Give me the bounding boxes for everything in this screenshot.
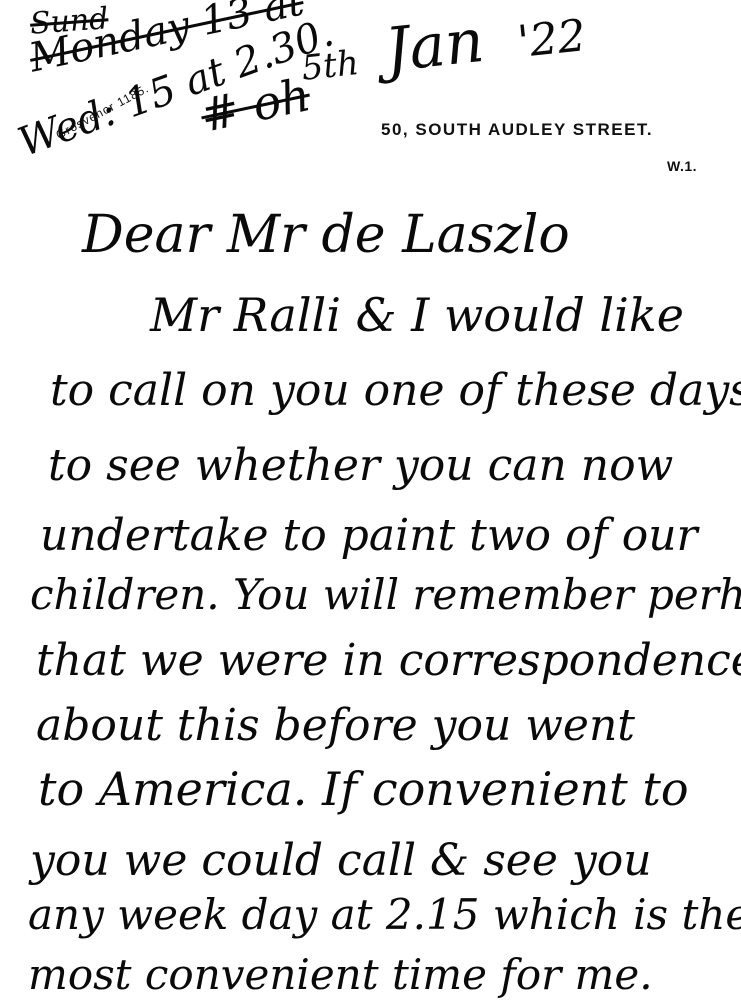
letterhead-address: 50, SOUTH AUDLEY STREET.: [381, 120, 653, 140]
date-month: Jan: [382, 6, 487, 86]
letterhead-postcode: W.1.: [667, 158, 697, 174]
body-line: children. You will remember perhaps: [30, 570, 741, 619]
body-line: that we were in correspondence: [36, 635, 741, 686]
body-line: about this before you went: [36, 700, 741, 751]
body-line: to America. If convenient to: [38, 762, 741, 816]
salutation: Dear Mr de Laszlo: [82, 205, 741, 265]
body-line: any week day at 2.15 which is the: [28, 890, 741, 939]
body-line: you we could call & see you: [30, 835, 741, 886]
body-line: Mr Ralli & I would like: [150, 288, 741, 342]
body-line: to call on you one of these days: [50, 365, 741, 416]
body-line: to see whether you can now: [48, 440, 741, 491]
body-line: most convenient time for me.: [28, 950, 741, 999]
letter-date: 5th Jan '22: [297, 0, 589, 95]
body-line: undertake to paint two of our: [40, 510, 741, 561]
letter-page: Sund Monday 13 at # oh Grosvenor 1185. 5…: [0, 0, 741, 1000]
date-year: '22: [515, 10, 588, 68]
